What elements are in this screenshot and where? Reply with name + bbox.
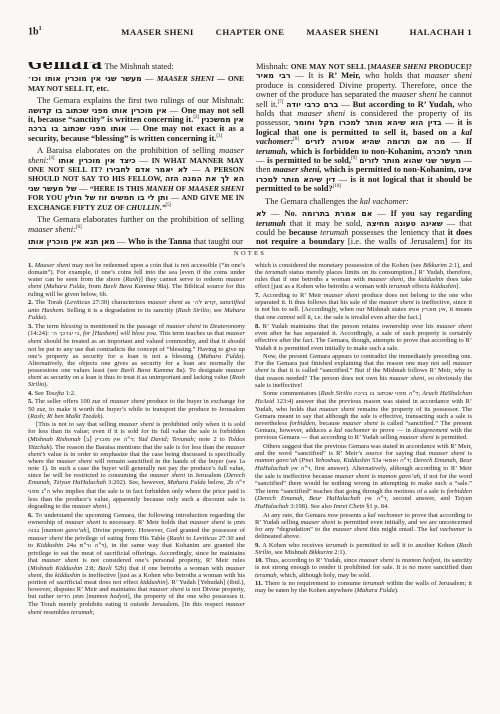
- footnote-paragraph: which is considered the monetary possess…: [255, 262, 472, 291]
- text-segment: of: [100, 398, 110, 405]
- footnote-paragraph: 4. See Tosefta 1:2.: [28, 390, 245, 397]
- text-segment: as: [183, 299, 193, 306]
- footnote-paragraph: Some commentators (Rash Sirilio ד"ה מפני…: [255, 390, 472, 441]
- text-segment: Maaser sheni: [35, 262, 70, 269]
- footnote-paragraph: 10. Thus, according to R’ Yudah, since m…: [255, 557, 472, 578]
- text-segment: R’ Yudah maintains that the person retai…: [263, 323, 437, 330]
- text-segment: Rash: [125, 276, 138, 283]
- text-segment: —: [142, 73, 157, 83]
- footnote-paragraph: 9. A Kohen who receives terumah is permi…: [255, 542, 472, 556]
- text-segment: the: [405, 276, 419, 283]
- text-segment: The seller offers 100: [35, 398, 92, 405]
- text-segment: blessing: [61, 323, 82, 330]
- footnote-paragraph: 2. The Torah (Leviticus 27:30) character…: [28, 299, 245, 321]
- text-segment: ]: [108, 503, 110, 510]
- text-segment: 1:2.: [64, 390, 76, 397]
- gemara-section: Gemara The Mishnah stated:מעשר שני אין מ…: [28, 62, 472, 246]
- text-segment: kiddushin: [431, 283, 456, 290]
- text-segment: Kiddushin: [36, 542, 63, 549]
- notes-divider-rule: [28, 248, 472, 249]
- text-segment: At any rate, the Gemara: [263, 512, 327, 519]
- text-segment: Now, the present Gemara appears to contr…: [255, 353, 472, 367]
- text-segment: source: [365, 450, 382, 457]
- text-segment: presents a: [338, 512, 367, 519]
- text-segment: maaser sheni: [342, 420, 377, 427]
- text-segment: —: [77, 183, 90, 193]
- text-segment: terumah,: [71, 609, 94, 616]
- text-segment: this might entail. The: [368, 526, 430, 533]
- notes-section: 1. Maaser sheni may not be redeemed upon…: [28, 262, 472, 654]
- text-segment: See: [35, 390, 46, 397]
- text-segment: MAASER SHENI: [157, 74, 214, 83]
- text-segment: Imrei Chein: [334, 503, 365, 510]
- text-segment: kiddushin: [418, 276, 443, 283]
- text-segment: note 2 to: [196, 436, 228, 443]
- text-segment: forbidden: [447, 488, 472, 495]
- text-segment: is necessary. R’ Meir holds that: [100, 519, 189, 526]
- text-segment: —: [168, 192, 182, 202]
- text-segment: from: [86, 283, 103, 290]
- text-segment: Mahara Fulda: [167, 479, 205, 486]
- paragraph: The Gemara explains the first two ruling…: [28, 96, 244, 143]
- text-segment: The term: [35, 323, 61, 330]
- text-segment: “HERE IS THIS: [90, 184, 146, 193]
- text-segment: (14:24):: [28, 330, 51, 337]
- text-segment: MAASER SHENI: [188, 184, 244, 193]
- text-segment: maaser sheni: [148, 299, 183, 306]
- text-segment: maaser sheni: [119, 421, 154, 428]
- footnote-number: 10.: [255, 557, 265, 564]
- text-segment: maaser sheni: [42, 557, 79, 564]
- text-segment: is: [465, 450, 472, 457]
- text-segment: kal vachomer: [334, 427, 370, 434]
- text-segment: mamon hedyot: [89, 593, 128, 600]
- text-segment: etc.: [94, 83, 109, 93]
- footnote-paragraph: 6. To understand the upcoming Gemara, th…: [28, 512, 245, 616]
- text-segment: is mentioned in the passage of: [82, 323, 166, 330]
- text-segment: now: [327, 512, 338, 519]
- text-segment: mamon hedyot,: [402, 557, 442, 564]
- paragraph: Mishnah: ONE MAY NOT SELL [MAASER SHENI …: [256, 62, 472, 194]
- text-segment: The Gemara challenges the: [265, 196, 360, 206]
- text-segment: maaser sheni: [28, 535, 63, 542]
- text-segment: —: [188, 164, 205, 174]
- text-segment: —: [445, 136, 466, 146]
- text-segment: According to R’ Meir: [262, 292, 323, 299]
- text-segment: ד"ה ואמאי: [383, 458, 410, 464]
- text-segment: Mahara Fulda,: [46, 283, 86, 290]
- text-segment: Yad David; Tevunah;: [138, 436, 196, 443]
- text-segment: 24a: [63, 542, 79, 549]
- text-segment: kiddushin: [55, 572, 80, 579]
- text-segment: Mishnah Rishonah: [30, 436, 80, 443]
- text-segment: [9]: [351, 156, 357, 161]
- text-segment: מאן תנא אין מוכרין אותו: [28, 237, 115, 246]
- text-segment: This term teaches us that: [157, 330, 225, 337]
- text-segment: Bavli: [98, 565, 112, 572]
- text-segment: Leviticus: [193, 535, 216, 542]
- text-segment: maaser sheni: [399, 434, 433, 441]
- text-segment: ).: [44, 314, 48, 321]
- text-segment: see Mishnah: [273, 549, 309, 556]
- paragraph: A Baraisa elaborates on the prohibition …: [28, 146, 244, 212]
- text-segment: Leviticus: [67, 299, 90, 306]
- text-segment: §1 p. 84.: [365, 503, 389, 510]
- text-segment: the: [43, 572, 55, 579]
- text-segment: Selling it is a degradation to its sanct…: [65, 307, 178, 314]
- footnote-number: 8.: [255, 323, 263, 330]
- text-segment: sell it, i.e. the sale is invalid even a…: [295, 314, 421, 321]
- text-segment: maaser sheni: [297, 108, 345, 118]
- text-segment: mamon gavo’ah: [255, 457, 297, 464]
- text-segment: maaser sheni: [166, 323, 201, 330]
- chapter-title: CHAPTER ONE: [216, 27, 285, 37]
- text-segment: Rash Sirilio;: [178, 307, 212, 314]
- footnote-paragraph: 5. The seller offers 100 zuz of maaser s…: [28, 398, 245, 419]
- text-segment: If: [466, 136, 472, 146]
- text-segment: disagreement: [413, 427, 448, 434]
- text-segment: ). The reason the Baraisa mentions that …: [50, 444, 226, 451]
- text-segment: maaser sheni: [379, 299, 414, 306]
- paragraph: Gemara The Mishnah stated:: [28, 62, 244, 71]
- footnote-number: 5.: [28, 398, 35, 405]
- text-segment: maaser sheni: [57, 458, 92, 465]
- text-segment: ).: [395, 587, 399, 594]
- footnote-paragraph: 3. The term blessing is mentioned in the…: [28, 323, 245, 388]
- text-segment: ד"ה מפני שכתוב בו ברכה: [354, 391, 418, 397]
- text-segment: who implies that the sale is in fact for…: [28, 488, 245, 510]
- text-segment: [6]: [76, 225, 82, 230]
- text-segment: effects: [411, 283, 431, 290]
- text-segment: ], Divine property. However, God granted…: [87, 527, 245, 534]
- text-segment: maaser sheni: [319, 406, 355, 413]
- text-segment: resembles: [42, 609, 71, 616]
- footnote-paragraph: At any rate, the Gemara now presents a k…: [255, 512, 472, 541]
- text-segment: is: [394, 557, 402, 564]
- text-segment: There is no requirement to consume: [265, 580, 363, 587]
- text-segment: 2:8;: [82, 565, 98, 572]
- text-segment: Rash Sirilio: [321, 390, 352, 397]
- text-segment: The Mishnah stated:: [103, 62, 174, 71]
- text-segment: CHULLIN.”: [126, 203, 165, 212]
- footnote-paragraph: 8. R’ Yudah maintains that the person re…: [255, 323, 472, 352]
- gemara-right-column: Mishnah: ONE MAY NOT SELL [MAASER SHENI …: [256, 62, 472, 246]
- text-segment: is: [225, 519, 234, 526]
- folio-text: 1b: [28, 26, 39, 37]
- text-segment: 3:198). See also: [289, 503, 334, 510]
- text-segment: see: [211, 307, 224, 314]
- text-segment: terumah,: [255, 572, 278, 579]
- text-segment: ד"ה ור"מ: [79, 543, 104, 549]
- text-segment: ].: [456, 283, 460, 290]
- text-segment: maaser sheni:: [28, 224, 76, 234]
- paragraph: מעשר שני אין מוכרין אותו וכו׳ — MAASER S…: [28, 74, 244, 93]
- text-segment: Thus, according to R’ Yudah, since: [265, 557, 359, 564]
- text-segment: maaser sheni: [436, 323, 472, 330]
- text-segment: maaser sheni,: [368, 276, 405, 283]
- text-segment: that taught our: [191, 236, 243, 246]
- text-segment: Bikkurim: [423, 262, 447, 269]
- text-segment: Deuteronomy: [210, 323, 245, 330]
- gemara-left-column: Gemara The Mishnah stated:מעשר שני אין מ…: [28, 62, 244, 246]
- paragraph: לא — No. אם אמרת בתרומה — If you say reg…: [256, 209, 472, 246]
- text-segment: which is considered the monetary possess…: [255, 262, 423, 269]
- text-segment: in Jerusalem (: [185, 472, 226, 479]
- text-segment: —: [335, 174, 350, 184]
- text-segment: [5]: [165, 203, 171, 208]
- header-titles: MAASER SHENI CHAPTER ONE MAASER SHENI: [121, 27, 379, 37]
- text-segment: Mahara Fulda: [357, 587, 395, 594]
- paragraph: The Gemara challenges the kal vachomer:: [256, 197, 472, 206]
- text-segment: —: [115, 236, 128, 246]
- text-segment: ).: [100, 413, 104, 420]
- notes-left-column: 1. Maaser sheni may not be redeemed upon…: [28, 262, 245, 654]
- text-segment: maaser sheni: [359, 557, 394, 564]
- text-segment: קדש לה׳: [192, 300, 215, 306]
- text-segment: לא יאמר אדם לחבירו: [106, 165, 188, 174]
- halachah-label: HALACHAH 1: [410, 27, 472, 37]
- text-segment: [4]: [49, 156, 55, 161]
- footnote-paragraph: Now, the present Gemara appears to contr…: [255, 353, 472, 389]
- folio-number: 1b1: [28, 26, 42, 37]
- text-segment: 2:1).: [333, 549, 347, 556]
- text-segment: maaser sheni: [110, 398, 145, 405]
- text-segment: is permitted to sell it to another Kohen…: [347, 542, 459, 549]
- text-segment: even after he has separated it. Accordin…: [255, 330, 472, 351]
- text-segment: כיצד אין מוכרין אותו: [58, 156, 135, 165]
- footnote-paragraph: [This is not to say that selling maaser …: [28, 421, 245, 510]
- text-segment: terumah: [389, 283, 411, 290]
- footnote-number: 11.: [255, 580, 265, 587]
- text-segment: as security on a loan is thus to treat i…: [42, 374, 232, 381]
- text-segment: maaser sheni: [65, 519, 100, 526]
- text-segment: mamon gavo’ah: [44, 527, 87, 534]
- text-segment: Tosefta: [46, 390, 65, 397]
- text-segment: which, although holy, may be sold.: [278, 572, 371, 579]
- text-segment: , second answer, and: [387, 495, 455, 502]
- tractate-title-left: MAASER SHENI: [121, 27, 194, 37]
- text-segment: 27:30) characterizes: [90, 299, 147, 306]
- text-segment: A Kohen who receives: [262, 542, 325, 549]
- text-segment: kiddushin: [140, 579, 165, 586]
- text-segment: The Torah (: [35, 299, 67, 306]
- text-segment: [ב] ד"ה אין מוכרין: [84, 437, 133, 443]
- text-segment: —: [372, 208, 390, 218]
- text-segment: kal vachomer: [430, 526, 466, 533]
- text-segment: maaser sheni.: [72, 503, 108, 510]
- text-segment: maaser sheni: [335, 473, 370, 480]
- text-segment: is permitted.: [434, 434, 468, 441]
- text-segment: Pnei Yehoshua, Kiddushin: [301, 457, 370, 464]
- text-segment: maaser sheni: [429, 450, 465, 457]
- text-segment: in: [201, 323, 210, 330]
- footnote-number: 3.: [28, 323, 35, 330]
- text-segment: ד"ה אין: [365, 496, 387, 502]
- page-header: 1b1 MAASER SHENI CHAPTER ONE MAASER SHEN…: [28, 26, 472, 38]
- text-segment: ).: [44, 381, 48, 388]
- text-segment: FOR YOU: [28, 193, 65, 202]
- text-segment: 3:202). See, however,: [106, 479, 167, 486]
- text-segment: maaser sheni,: [389, 375, 426, 382]
- footnote-paragraph: 11. There is no requirement to consume t…: [255, 580, 472, 594]
- text-segment: maaser sheni: [324, 292, 359, 299]
- text-segment: —: [136, 155, 152, 165]
- text-segment: Mishnah Kiddushin: [30, 565, 82, 572]
- text-segment: A Baraisa elaborates on the prohibition …: [37, 145, 219, 155]
- text-segment: forbidden,: [290, 420, 317, 427]
- text-segment: [3]: [216, 134, 222, 139]
- text-segment: 8a). To designate: [174, 367, 226, 374]
- text-segment: terumah: [363, 580, 385, 587]
- text-segment: mamon gavo’ah,: [378, 473, 422, 480]
- footnote-paragraph: 1. Maaser sheni may not be redeemed upon…: [28, 262, 245, 298]
- text-segment: to: [184, 535, 193, 542]
- text-segment: kal vachomer: [368, 512, 403, 519]
- tractate-title-right: MAASER SHENI: [306, 27, 379, 37]
- talmud-page: 1b1 MAASER SHENI CHAPTER ONE MAASER SHEN…: [0, 0, 500, 714]
- folio-superscript: 1: [39, 26, 42, 32]
- text-segment: maaser sheni,: [273, 164, 322, 174]
- text-segment: kal vachomer:: [360, 196, 409, 206]
- text-segment: below, 2b: [206, 479, 235, 486]
- text-segment: )] they cannot serve to redeem: [138, 276, 225, 283]
- text-segment: because: [317, 420, 343, 427]
- text-segment: cannot: [277, 314, 295, 321]
- text-segment: Rashi: [169, 535, 184, 542]
- text-segment: maaser sheni: [301, 519, 336, 526]
- text-segment: ותן לי בו חמשים זוז של חולין: [65, 193, 169, 202]
- notes-right-column: which is considered the monetary possess…: [255, 262, 472, 654]
- text-segment: terumah: [265, 269, 287, 276]
- text-segment: ממון הדיוט: [56, 594, 84, 600]
- text-segment: for [Hashem] will bless you.: [83, 330, 158, 337]
- notes-heading: NOTES: [0, 250, 500, 257]
- footnote-paragraph: Others suggest that the previous Gemara …: [255, 443, 472, 510]
- paragraph: מאן תנא אין מוכרין אותו — Who is the Tan…: [28, 237, 244, 246]
- text-segment: Derech Emunah, Beur HaHalachah: [257, 495, 360, 502]
- text-segment: 52b) that if one betroths a woman with: [112, 565, 226, 572]
- text-segment: Gemara: [28, 62, 103, 73]
- text-segment: maaser sheni: [190, 519, 225, 526]
- text-segment: maaser sheni: [333, 526, 368, 533]
- text-segment: the privilege of eating from His Table (: [63, 535, 170, 542]
- text-segment: Bikkurim: [309, 549, 333, 556]
- text-segment: ד"ה אין: [291, 466, 310, 472]
- text-segment: to prove — in: [370, 427, 413, 434]
- text-segment: אין מוכרין אותו: [408, 307, 445, 313]
- footnote-paragraph: 7. According to R’ Meir maaser sheni pro…: [255, 292, 472, 322]
- text-segment: is: [370, 473, 378, 480]
- text-segment: מעשר שני אין מוכרין אותו וכו׳: [28, 74, 142, 83]
- text-segment: maaser sheni: [150, 472, 185, 479]
- paragraph: The Gemara elaborates further on the pro…: [28, 215, 244, 234]
- text-segment: כי יברכך ה׳: [51, 331, 80, 337]
- text-segment: Bavli Bava Kamma: [103, 283, 155, 290]
- text-segment: Bavli Bava Kamma: [121, 367, 174, 374]
- text-segment: Mishnah:: [256, 62, 291, 71]
- footnote-number: 1.: [28, 262, 35, 269]
- text-segment: Who is the Tanna: [128, 236, 192, 246]
- text-segment: terumah: [326, 542, 348, 549]
- text-segment: maaser sheni: [149, 586, 184, 593]
- text-segment: 53a: [370, 457, 383, 464]
- text-segment: [10]: [333, 184, 341, 189]
- text-segment: Rash; Ri ben Malki Tzedek: [30, 413, 100, 420]
- text-segment: [This is not to say that selling: [36, 421, 119, 428]
- text-segment: Mahara Fulda: [200, 353, 241, 360]
- text-segment: for saying that: [382, 450, 428, 457]
- text-segment: Some commentators (: [263, 390, 321, 397]
- text-segment: zuz,: [37, 406, 47, 413]
